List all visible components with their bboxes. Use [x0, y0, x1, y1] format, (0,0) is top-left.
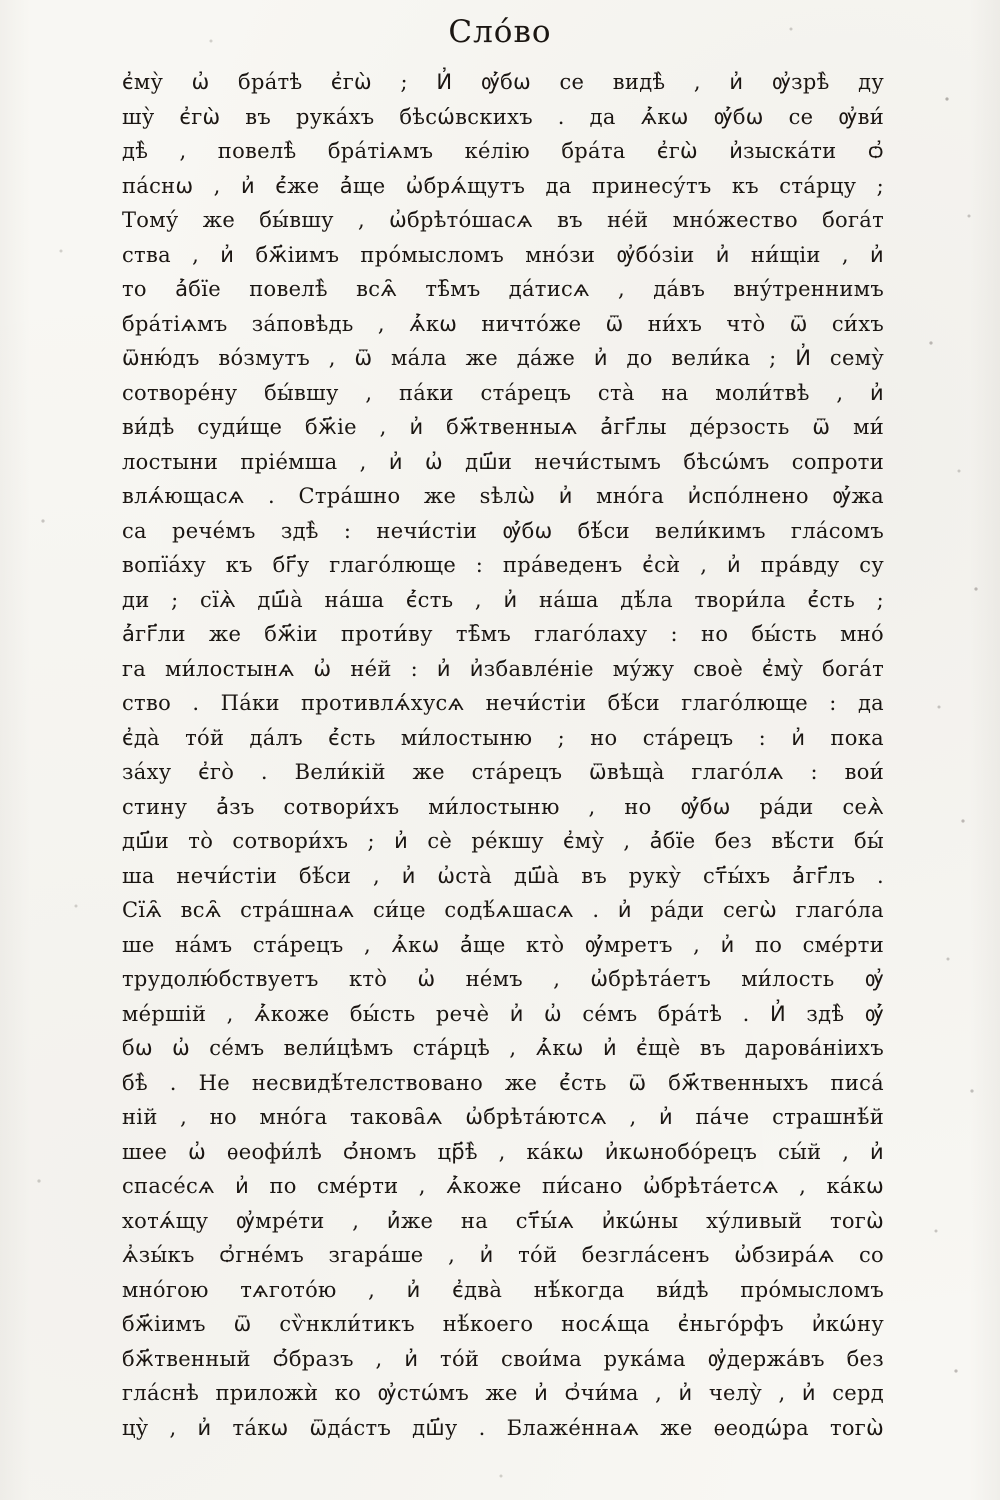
- text-line: влѧ́ющасѧ . Стра́шно же ѕѣлѡ̀ и҆ мно́га …: [122, 479, 884, 514]
- text-line: са рече́мъ здѣ̀ : нечи́стіи ѹ҆́бѡ бѣ́си …: [122, 514, 884, 549]
- text-line: є҆му̀ ѡ҆ бра́тѣ є҆гѡ̀ ; И҆ ѹ҆́бѡ се видѣ…: [122, 65, 884, 100]
- text-line: є҆да̀ то́й да́лъ є҆́сть ми́лостыню ; но …: [122, 721, 884, 756]
- text-line: цу̀ , и҆ та́кѡ ѿда́стъ дш҃у . Блаже́ннаѧ…: [122, 1411, 884, 1446]
- text-line: шу̀ є҆гѡ̀ въ рука́хъ бѣсѡ́вскихъ . да ѧ҆…: [122, 100, 884, 135]
- text-line: бѣ̀ . Не несвидѣ́телствовано же є҆́сть ѿ…: [122, 1066, 884, 1101]
- text-line: Тому́ же бы́вшу , ѡ҆брѣто́шасѧ въ не́й м…: [122, 203, 884, 238]
- text-line: гла́снѣ приложѝ ко ѹ҆стѡ́мъ же и҆ ѻ҆чи́м…: [122, 1376, 884, 1411]
- text-line: ме́ршій , ѧ҆́коже бы́сть речѐ и҆ ѡ҆ се́м…: [122, 997, 884, 1032]
- text-line: за́ху є҆го̀ . Вели́кій же ста́рецъ ѿвѣща…: [122, 755, 884, 790]
- text-line: спасе́сѧ и҆ по сме́рти , ѧ҆́коже пи́сано…: [122, 1169, 884, 1204]
- text-line: мно́гою тѧгото́ю , и҆ є҆два̀ нѣ́когда ви…: [122, 1273, 884, 1308]
- text-line: сотворе́ну бы́вшу , па́ки ста́рецъ ста̀ …: [122, 376, 884, 411]
- running-head-title: Сло́во: [0, 14, 1000, 50]
- text-line: га ми́лостынѧ ѡ҆ не́й : и҆ и҆збавле́ніе …: [122, 652, 884, 687]
- text-line: лостыни пріе́мша , и҆ ѡ҆ дш҃и нечи́стымъ…: [122, 445, 884, 480]
- text-line: а҆́гг҃ли же бж҃іи проти́ву тѣ̑мъ глаго́л…: [122, 617, 884, 652]
- text-line: бж҃твенный ѻ҆́бразъ , и҆ то́й свои́ма ру…: [122, 1342, 884, 1377]
- text-line: шее ѡ҆ ѳеофи́лѣ ѻ҆́номъ цр҃ѣ̀ , ка́кѡ и҆…: [122, 1135, 884, 1170]
- text-line: ше на́мъ ста́рецъ , ѧ҆́кѡ а҆́ще кто̀ ѹ҆́…: [122, 928, 884, 963]
- text-line: ша нечи́стіи бѣ́си , и҆ ѡ҆ста̀ дш҃а̀ въ …: [122, 859, 884, 894]
- text-line: ди ; сїѧ̀ дш҃а̀ на́ша є҆́сть , и҆ на́ша …: [122, 583, 884, 618]
- text-line: дѣ̀ , повелѣ̀ бра́тіѧмъ ке́лію бра́та є҆…: [122, 134, 884, 169]
- text-line: то а҆́бїе повелѣ̀ всѧ̑ тѣ̑мъ да́тисѧ , д…: [122, 272, 884, 307]
- text-line: па́снѡ , и҆ є҆́же а҆́ще ѡ҆брѧ́щутъ да пр…: [122, 169, 884, 204]
- text-line: бра́тіѧмъ за́повѣдь , ѧ҆́кѡ ничто́же ѿ н…: [122, 307, 884, 342]
- text-line: вопїа́ху къ бг҃у глаго́люще : пра́веденъ…: [122, 548, 884, 583]
- text-line: ства , и҆ бж҃іимъ про́мысломъ мно́зи ѹ҆б…: [122, 238, 884, 273]
- text-line: бж҃іимъ ѿ сѷнкли́тикъ нѣ́коего носѧ́ща є…: [122, 1307, 884, 1342]
- text-line: ѧ҆зы́къ ѻ҆гне́мъ згара́ше , и҆ то́й безг…: [122, 1238, 884, 1273]
- text-line: ви́дѣ суди́ще бж҃іе , и҆ бж҃твенныѧ а҆́г…: [122, 410, 884, 445]
- text-line: ство . Па́ки противлѧ́хусѧ нечи́стіи бѣ́…: [122, 686, 884, 721]
- text-line: дш҃и то̀ сотвори́хъ ; и҆ сѐ ре́кшу є҆му̀…: [122, 824, 884, 859]
- body-text-block: є҆му̀ ѡ҆ бра́тѣ є҆гѡ̀ ; И҆ ѹ҆́бѡ се видѣ…: [122, 65, 884, 1445]
- text-line: бѡ ѡ҆ се́мъ вели́цѣмъ ста́рцѣ , ѧ҆́кѡ и҆…: [122, 1031, 884, 1066]
- scan-noise-specks: [0, 0, 2, 2]
- text-line: ній , но мно́га такова̑ѧ ѡ҆брѣта́ютсѧ , …: [122, 1100, 884, 1135]
- text-line: трудолю́бствуетъ кто̀ ѡ҆ не́мъ , ѡ҆брѣта…: [122, 962, 884, 997]
- text-line: стину а҆́зъ сотвори́хъ ми́лостыню , но ѹ…: [122, 790, 884, 825]
- text-line: хотѧ́щу ѹ҆мре́ти , и҆́же на ст҃ы́ѧ и҆кѡ́…: [122, 1204, 884, 1239]
- text-line: Сїѧ̑ всѧ̑ стра́шнаѧ си́це содѣ́ѧшасѧ . и…: [122, 893, 884, 928]
- text-line: ѿню́дъ во́змутъ , ѿ ма́ла же да́же и҆ до…: [122, 341, 884, 376]
